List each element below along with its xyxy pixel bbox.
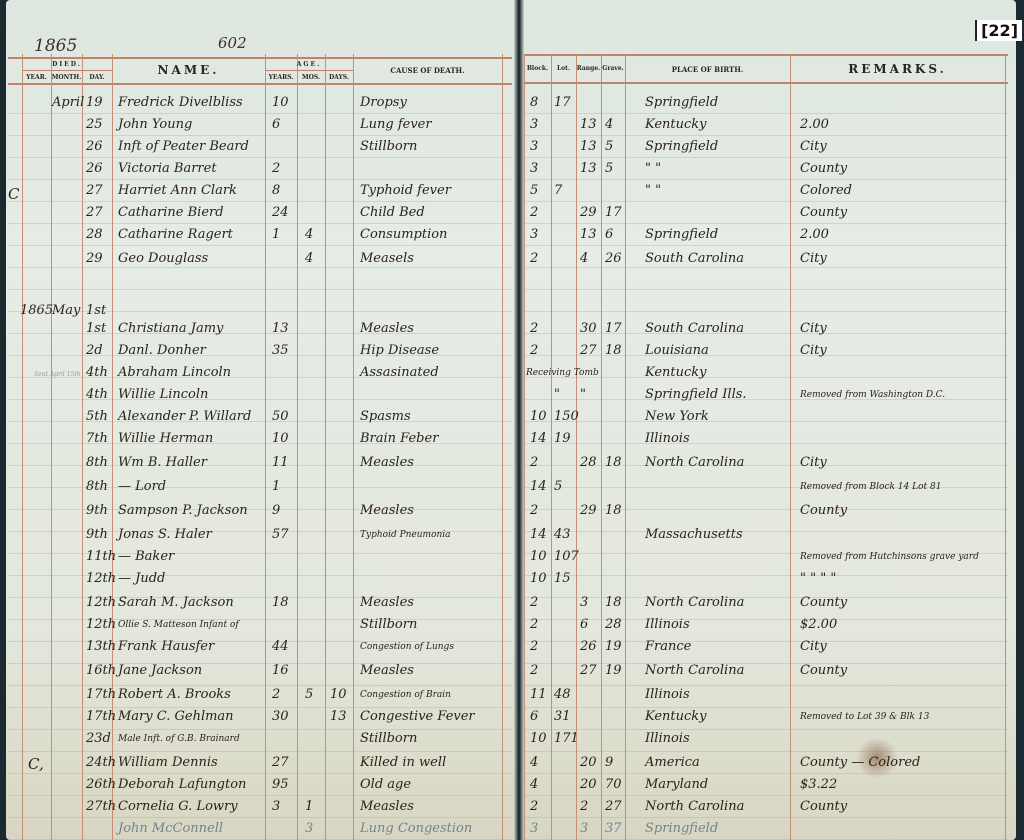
- cell-day: 26: [86, 136, 103, 158]
- cell-block: 5: [530, 180, 538, 202]
- cell-age-years: 6: [272, 114, 280, 136]
- cell-remarks: City: [800, 318, 827, 340]
- cell-day: 4th: [86, 384, 108, 406]
- cell-range: 13: [580, 114, 597, 136]
- cell-cause: Hip Disease: [360, 340, 439, 362]
- cell-lot: 31: [554, 706, 571, 728]
- header-age: AGE.: [265, 61, 353, 68]
- cell-name: Willie Herman: [118, 428, 213, 450]
- cell-day: 28: [86, 224, 103, 246]
- cell-grave: 19: [605, 636, 622, 658]
- cell-block: 14: [530, 428, 547, 450]
- cell-day: 25: [86, 114, 103, 136]
- cell-cause: Dropsy: [360, 92, 407, 114]
- cell-age-years: 44: [272, 636, 289, 658]
- cell-cause: Congestion of Brain: [360, 684, 451, 706]
- cell-day: 9th: [86, 524, 108, 546]
- cell-birthplace: Kentucky: [645, 362, 707, 384]
- header-years: YEARS.: [265, 74, 297, 81]
- header-birthplace: PLACE OF BIRTH.: [625, 65, 790, 74]
- cell-remarks: County — Colored: [800, 752, 920, 774]
- cell-day: 27: [86, 180, 103, 202]
- cell-block: 4: [530, 752, 538, 774]
- cell-lot: 19: [554, 428, 571, 450]
- col-rule: [551, 54, 552, 840]
- cell-month: April: [52, 92, 84, 114]
- cell-remarks: Removed from Washington D.C.: [800, 384, 945, 406]
- header-top-rule: [8, 57, 512, 59]
- col-rule: [82, 54, 83, 840]
- cell-remarks: Removed from Block 14 Lot 81: [800, 476, 941, 498]
- col-rule: [297, 54, 298, 840]
- cell-cause: Measles: [360, 592, 414, 614]
- cell-day: 13th: [86, 636, 116, 658]
- cell-name: John McConnell: [118, 818, 223, 840]
- cell-remarks: " " " ": [800, 568, 836, 590]
- cell-remarks: County: [800, 202, 847, 224]
- cell-name: Deborah Lafungton: [118, 774, 246, 796]
- header-month: MONTH.: [51, 74, 82, 81]
- cell-cause: Old age: [360, 774, 411, 796]
- cell-name: Jane Jackson: [118, 660, 202, 682]
- cell-block: 8: [530, 92, 538, 114]
- header-block: Block.: [524, 65, 551, 72]
- cell-day: 2d: [86, 340, 103, 362]
- cell-grave: 28: [605, 614, 622, 636]
- cell-name: Wm B. Haller: [118, 452, 207, 474]
- cell-age-years: 2: [272, 158, 280, 180]
- cell-birthplace: Springfield: [645, 224, 718, 246]
- cell-block: 2: [530, 660, 538, 682]
- header-bottom-rule-right: [524, 82, 1008, 84]
- cell-remarks: City: [800, 136, 827, 158]
- age-subrule: [265, 70, 353, 71]
- header-cause: CAUSE OF DEATH.: [353, 66, 502, 75]
- cell-birthplace: France: [645, 636, 691, 658]
- died-subrule: [22, 70, 112, 71]
- cell-cause: Typhoid Pneumonia: [360, 524, 451, 546]
- cell-lot: 7: [554, 180, 562, 202]
- cell-day: 7th: [86, 428, 108, 450]
- cell-remarks: City: [800, 248, 827, 270]
- cell-day: 24th: [86, 752, 116, 774]
- cell-age-years: 57: [272, 524, 289, 546]
- cell-remarks: County: [800, 660, 847, 682]
- cell-block: 10: [530, 546, 547, 568]
- cell-birthplace: Illinois: [645, 728, 690, 750]
- cell-age-years: 2: [272, 684, 280, 706]
- cell-name: Geo Douglass: [118, 248, 208, 270]
- cell-block: 2: [530, 340, 538, 362]
- cell-block: Receiving Tomb: [526, 362, 599, 384]
- cell-day: 17th: [86, 706, 116, 728]
- cell-block: 4: [530, 774, 538, 796]
- cell-range: 20: [580, 774, 597, 796]
- cell-day: 29: [86, 248, 103, 270]
- cell-birthplace: Maryland: [645, 774, 708, 796]
- cell-age-years: 30: [272, 706, 289, 728]
- cell-name: Frank Hausfer: [118, 636, 214, 658]
- cell-lot: 171: [554, 728, 579, 750]
- cell-block: 2: [530, 318, 538, 340]
- cell-remarks: $2.00: [800, 614, 837, 636]
- col-rule: [790, 54, 791, 840]
- cell-cause: Measels: [360, 248, 414, 270]
- cell-remarks: 2.00: [800, 224, 829, 246]
- cell-block: 2: [530, 452, 538, 474]
- col-rule: [524, 54, 525, 840]
- col-rule: [22, 54, 23, 840]
- cell-age-years: 8: [272, 180, 280, 202]
- cell-age-mos: 1: [305, 796, 313, 818]
- cell-age-years: 10: [272, 428, 289, 450]
- cell-grave: 5: [605, 158, 613, 180]
- cell-name: Victoria Barret: [118, 158, 217, 180]
- cell-cause: Stillborn: [360, 136, 417, 158]
- cell-age-years: 11: [272, 452, 289, 474]
- cell-lot: 17: [554, 92, 571, 114]
- cell-remarks: County: [800, 796, 847, 818]
- col-rule: [51, 54, 52, 840]
- cell-birthplace: Illinois: [645, 614, 690, 636]
- cell-block: 3: [530, 158, 538, 180]
- cell-age-days: 13: [330, 706, 347, 728]
- cell-age-mos: 3: [305, 818, 313, 840]
- cell-age-years: 18: [272, 592, 289, 614]
- cell-remarks: City: [800, 340, 827, 362]
- header-lot: Lot.: [551, 65, 576, 72]
- cell-lot: ": [554, 384, 560, 406]
- col-rule: [265, 54, 266, 840]
- cell-birthplace: Springfield: [645, 136, 718, 158]
- book-spine: [514, 0, 524, 840]
- cell-block: 10: [530, 728, 547, 750]
- cell-grave: 19: [605, 660, 622, 682]
- cell-name: — Judd: [118, 568, 165, 590]
- cell-lot: 107: [554, 546, 579, 568]
- cell-lot: 150: [554, 406, 579, 428]
- cell-day: 12th: [86, 614, 116, 636]
- cell-name: Jonas S. Haler: [118, 524, 212, 546]
- cell-day: 26th: [86, 774, 116, 796]
- cell-year: 1865: [20, 300, 53, 322]
- cell-name: Sarah M. Jackson: [118, 592, 234, 614]
- cell-range: 20: [580, 752, 597, 774]
- cell-age-years: 10: [272, 92, 289, 114]
- cell-grave: 26: [605, 248, 622, 270]
- cell-age-days: 10: [330, 684, 347, 706]
- cell-remarks: City: [800, 636, 827, 658]
- cell-lot: 43: [554, 524, 571, 546]
- cell-cause: Congestive Fever: [360, 706, 475, 728]
- cell-block: 14: [530, 476, 547, 498]
- margin-note-c2: C,: [28, 753, 44, 775]
- header-died: DIED.: [22, 61, 112, 68]
- cell-birthplace: North Carolina: [645, 452, 744, 474]
- cell-block: 10: [530, 406, 547, 428]
- margin-note-c: C: [8, 183, 19, 205]
- year-note: 1865: [34, 36, 77, 56]
- col-rule: [325, 54, 326, 840]
- header-year: YEAR.: [22, 74, 51, 81]
- cell-cause: Child Bed: [360, 202, 425, 224]
- cell-birthplace: Massachusetts: [645, 524, 743, 546]
- cell-age-years: 35: [272, 340, 289, 362]
- cell-range: 29: [580, 202, 597, 224]
- cell-cause: Measles: [360, 500, 414, 522]
- cell-lot: 48: [554, 684, 571, 706]
- cell-age-mos: 4: [305, 248, 313, 270]
- header-range: Range.: [576, 65, 601, 72]
- cell-name: Robert A. Brooks: [118, 684, 231, 706]
- cell-day: 1st: [86, 318, 106, 340]
- cell-age-years: 16: [272, 660, 289, 682]
- cell-block: 3: [530, 136, 538, 158]
- cell-name: Catharine Ragert: [118, 224, 233, 246]
- cell-block: 2: [530, 614, 538, 636]
- cell-day: 8th: [86, 476, 108, 498]
- header-grave: Grave.: [601, 65, 625, 72]
- cell-range: 13: [580, 224, 597, 246]
- cell-birthplace: Kentucky: [645, 706, 707, 728]
- header-remarks: REMARKS.: [790, 62, 1005, 76]
- cell-grave: 18: [605, 592, 622, 614]
- header-top-rule-right: [524, 54, 1008, 56]
- cell-day: 8th: [86, 452, 108, 474]
- cell-grave: 18: [605, 340, 622, 362]
- cell-name: Catharine Bierd: [118, 202, 224, 224]
- cell-age-years: 3: [272, 796, 280, 818]
- cell-name: Inft of Peater Beard: [118, 136, 249, 158]
- cell-grave: 17: [605, 202, 622, 224]
- cell-range: 2: [580, 796, 588, 818]
- cell-lot: 5: [554, 476, 562, 498]
- cell-day: 27th: [86, 796, 116, 818]
- cell-grave: 5: [605, 136, 613, 158]
- cell-name: Alexander P. Willard: [118, 406, 251, 428]
- cell-age-years: 13: [272, 318, 289, 340]
- cell-birthplace: Springfield: [645, 818, 718, 840]
- cell-block: 2: [530, 202, 538, 224]
- col-rule: [353, 54, 354, 840]
- cell-age-years: 1: [272, 476, 280, 498]
- cell-remarks: City: [800, 452, 827, 474]
- cell-birthplace: Kentucky: [645, 114, 707, 136]
- cell-range: 28: [580, 452, 597, 474]
- cell-block: 3: [530, 114, 538, 136]
- cell-birthplace: Louisiana: [645, 340, 709, 362]
- cell-remarks: County: [800, 500, 847, 522]
- cell-remarks: County: [800, 592, 847, 614]
- cell-birthplace: New York: [645, 406, 709, 428]
- cell-age-years: 24: [272, 202, 289, 224]
- cell-birthplace: Illinois: [645, 428, 690, 450]
- cell-day: 5th: [86, 406, 108, 428]
- cell-lot: 15: [554, 568, 571, 590]
- cell-grave: 70: [605, 774, 622, 796]
- cell-age-years: 1: [272, 224, 280, 246]
- cell-name: Sampson P. Jackson: [118, 500, 248, 522]
- cell-range: 6: [580, 614, 588, 636]
- cell-cause: Lung fever: [360, 114, 432, 136]
- cell-cause: Measles: [360, 452, 414, 474]
- cell-cause: Assasinated: [360, 362, 439, 384]
- cell-range: 27: [580, 660, 597, 682]
- cell-name: Fredrick Divelbliss: [118, 92, 243, 114]
- cell-birthplace: Illinois: [645, 684, 690, 706]
- cell-birthplace: South Carolina: [645, 318, 744, 340]
- cell-range: 3: [580, 818, 588, 840]
- cell-cause: Spasms: [360, 406, 411, 428]
- cell-birthplace: America: [645, 752, 700, 774]
- cell-day: 27: [86, 202, 103, 224]
- cell-cause: Congestion of Lungs: [360, 636, 454, 658]
- cell-remarks: County: [800, 158, 847, 180]
- col-rule: [502, 54, 503, 840]
- cell-age-years: 27: [272, 752, 289, 774]
- cell-name: Cornelia G. Lowry: [118, 796, 238, 818]
- cell-grave: 18: [605, 500, 622, 522]
- cell-birthplace: " ": [645, 180, 661, 202]
- col-rule: [601, 54, 602, 840]
- col-rule: [576, 54, 577, 840]
- header-bottom-rule: [8, 83, 512, 85]
- cell-name: Male Inft. of G.B. Brainard: [118, 728, 240, 750]
- cell-cause: Consumption: [360, 224, 447, 246]
- cell-range: 29: [580, 500, 597, 522]
- cell-birthplace: Springfield: [645, 92, 718, 114]
- cell-grave: 37: [605, 818, 622, 840]
- cell-block: 11: [530, 684, 547, 706]
- cell-day: 9th: [86, 500, 108, 522]
- cell-day: 26: [86, 158, 103, 180]
- cell-day: 12th: [86, 592, 116, 614]
- cell-block: 2: [530, 248, 538, 270]
- cell-birthplace: North Carolina: [645, 660, 744, 682]
- cell-block: 2: [530, 592, 538, 614]
- header-name: NAME.: [112, 63, 265, 77]
- cell-age-years: 9: [272, 500, 280, 522]
- cell-grave: 9: [605, 752, 613, 774]
- cell-cause: Stillborn: [360, 614, 417, 636]
- cell-block: 2: [530, 636, 538, 658]
- cell-remarks: Removed from Hutchinsons grave yard: [800, 546, 979, 568]
- cell-block: 2: [530, 500, 538, 522]
- cell-range: 13: [580, 158, 597, 180]
- header-mos: MOS.: [297, 74, 325, 81]
- cell-range: 3: [580, 592, 588, 614]
- cell-grave: 27: [605, 796, 622, 818]
- cell-name: Abraham Lincoln: [118, 362, 231, 384]
- cell-month: May: [52, 300, 80, 322]
- cell-block: 3: [530, 818, 538, 840]
- cell-cause: Brain Feber: [360, 428, 438, 450]
- cell-remarks: 2.00: [800, 114, 829, 136]
- cell-cause: Measles: [360, 660, 414, 682]
- cell-cause: Measles: [360, 318, 414, 340]
- cell-name: John Young: [118, 114, 192, 136]
- cell-remarks: Removed to Lot 39 & Blk 13: [800, 706, 929, 728]
- cell-range: 30: [580, 318, 597, 340]
- cell-grave: 17: [605, 318, 622, 340]
- cell-cause: Killed in well: [360, 752, 446, 774]
- cell-day: 19: [86, 92, 103, 114]
- cell-day: 23d: [86, 728, 111, 750]
- cell-range: 4: [580, 248, 588, 270]
- cell-grave: 4: [605, 114, 613, 136]
- cell-block: 14: [530, 524, 547, 546]
- cell-cause: Measles: [360, 796, 414, 818]
- cell-grave: 18: [605, 452, 622, 474]
- cell-name: — Baker: [118, 546, 174, 568]
- cell-cause: Lung Congestion: [360, 818, 472, 840]
- cell-cause: Typhoid fever: [360, 180, 451, 202]
- cell-name: Christiana Jamy: [118, 318, 223, 340]
- cell-birthplace: South Carolina: [645, 248, 744, 270]
- page-label: [22]: [975, 20, 1022, 41]
- cell-remarks: $3.22: [800, 774, 837, 796]
- cell-name: — Lord: [118, 476, 166, 498]
- cell-grave: 6: [605, 224, 613, 246]
- cell-block: 6: [530, 706, 538, 728]
- folio-note: 602: [218, 34, 247, 52]
- cell-cause: Stillborn: [360, 728, 417, 750]
- cell-block: 10: [530, 568, 547, 590]
- header-days: DAYS.: [325, 74, 353, 81]
- cell-age-mos: 5: [305, 684, 313, 706]
- cell-birthplace: " ": [645, 158, 661, 180]
- cell-name: Danl. Donher: [118, 340, 206, 362]
- cell-name: Willie Lincoln: [118, 384, 208, 406]
- cell-name: William Dennis: [118, 752, 218, 774]
- cell-day: 16th: [86, 660, 116, 682]
- cell-day: 12th: [86, 568, 116, 590]
- cell-birthplace: North Carolina: [645, 592, 744, 614]
- cell-name: Ollie S. Matteson Infant of: [118, 614, 239, 636]
- cell-remarks: Colored: [800, 180, 852, 202]
- cell-day: 4th: [86, 362, 108, 384]
- cell-range: ": [580, 384, 586, 406]
- cell-day: 17th: [86, 684, 116, 706]
- cell-birthplace: North Carolina: [645, 796, 744, 818]
- cell-day: 11th: [86, 546, 116, 568]
- cell-block: 3: [530, 224, 538, 246]
- col-rule: [625, 54, 626, 840]
- header-day: DAY.: [82, 74, 112, 81]
- cell-age-mos: 4: [305, 224, 313, 246]
- cell-block: 2: [530, 796, 538, 818]
- cell-name: Harriet Ann Clark: [118, 180, 237, 202]
- cell-age-years: 95: [272, 774, 289, 796]
- cell-birthplace: Springfield Ills.: [645, 384, 747, 406]
- cell-age-years: 50: [272, 406, 289, 428]
- cell-range: 27: [580, 340, 597, 362]
- cell-range: 13: [580, 136, 597, 158]
- margin-note-pencil: Sent April 15th: [34, 364, 81, 386]
- cell-range: 26: [580, 636, 597, 658]
- col-rule: [1005, 54, 1006, 840]
- cell-name: Mary C. Gehlman: [118, 706, 234, 728]
